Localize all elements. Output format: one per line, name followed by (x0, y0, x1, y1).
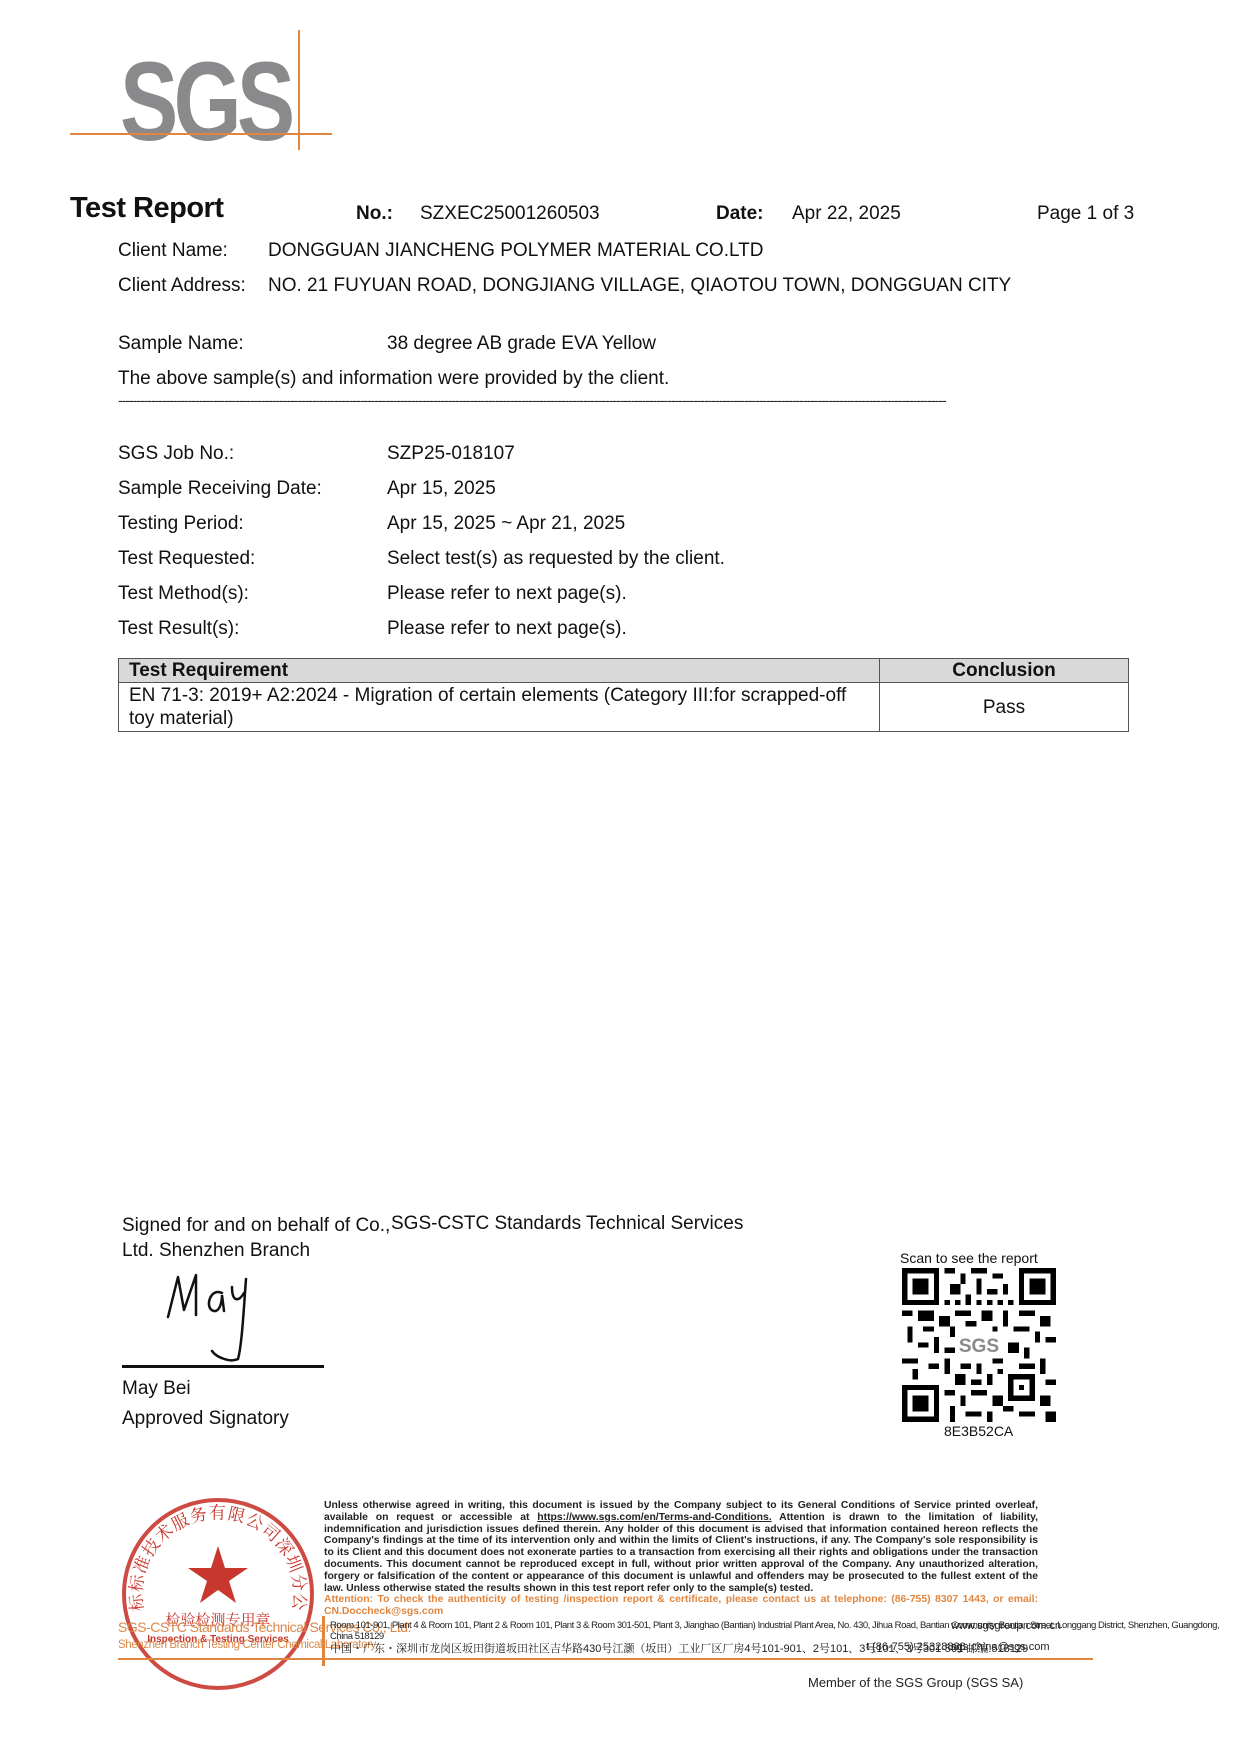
qr-code[interactable]: SGS (902, 1268, 1056, 1422)
testing-period-label: Testing Period: (118, 513, 244, 535)
terms-text-part-2: Attention is drawn to the limitation of … (324, 1512, 1038, 1594)
job-number: SZP25-018107 (387, 443, 515, 465)
sgs-logo: SGS (70, 30, 340, 150)
logo-horizontal-rule (70, 133, 332, 135)
sample-name: 38 degree AB grade EVA Yellow (387, 333, 656, 355)
report-number-label: No.: (356, 203, 393, 225)
terms-fine-print: Unless otherwise agreed in writing, this… (324, 1500, 1038, 1618)
logo-vertical-rule (298, 30, 300, 150)
header-test-requirement: Test Requirement (119, 659, 880, 683)
client-name: DONGGUAN JIANCHENG POLYMER MATERIAL CO.L… (268, 240, 763, 262)
svg-text:SGS: SGS (959, 1336, 999, 1357)
table-header-row: Test Requirement Conclusion (119, 659, 1129, 683)
client-address: NO. 21 FUYUAN ROAD, DONGJIANG VILLAGE, Q… (268, 275, 1011, 297)
authenticity-attention: Attention: To check the authenticity of … (324, 1594, 1038, 1618)
test-requirement-cell: EN 71-3: 2019+ A2:2024 - Migration of ce… (119, 683, 880, 732)
client-name-label: Client Name: (118, 240, 228, 262)
address-english: Room 101-901, Plant 4 & Room 101, Plant … (330, 1620, 1241, 1642)
report-date-label: Date: (716, 203, 764, 225)
qr-caption: Scan to see the report (900, 1250, 1038, 1266)
signed-for-text: Signed for and on behalf of Co., Ltd. Sh… (122, 1213, 392, 1263)
sample-provided-note: The above sample(s) and information were… (118, 368, 669, 390)
conclusion-cell: Pass (880, 683, 1129, 732)
header-conclusion: Conclusion (880, 659, 1129, 683)
testing-period: Apr 15, 2025 ~ Apr 21, 2025 (387, 513, 625, 535)
client-address-label: Client Address: (118, 275, 246, 297)
receiving-date: Apr 15, 2025 (387, 478, 496, 500)
qr-verification-code: 8E3B52CA (944, 1423, 1013, 1439)
page-number: Page 1 of 3 (1037, 203, 1134, 225)
test-results-label: Test Result(s): (118, 618, 239, 640)
sample-name-label: Sample Name: (118, 333, 244, 355)
official-seal-stamp: 通标标准技术服务有限公司深圳分公司 检验检测专用章 Inspection & T… (118, 1494, 318, 1694)
test-methods-label: Test Method(s): (118, 583, 249, 605)
report-number: SZXEC25001260503 (420, 203, 600, 225)
website-link[interactable]: www.sgsgroup.com.cn (951, 1620, 1061, 1632)
report-date: Apr 22, 2025 (792, 203, 901, 225)
signer-title: Approved Signatory (122, 1408, 289, 1430)
report-title: Test Report (70, 192, 223, 225)
signer-name: May Bei (122, 1378, 191, 1400)
test-requested-label: Test Requested: (118, 548, 255, 570)
handwritten-signature (160, 1265, 290, 1365)
sgs-group-membership: Member of the SGS Group (SGS SA) (808, 1675, 1023, 1690)
svg-text:通标标准技术服务有限公司深圳分公司: 通标标准技术服务有限公司深圳分公司 (118, 1494, 309, 1612)
terms-link[interactable]: https://www.sgs.com/en/Terms-and-Conditi… (537, 1512, 771, 1523)
footer-rule (118, 1658, 1093, 1660)
test-results: Please refer to next page(s). (387, 618, 627, 640)
test-requested: Select test(s) as requested by the clien… (387, 548, 725, 570)
logo-text: SGS (120, 46, 290, 158)
test-methods: Please refer to next page(s). (387, 583, 627, 605)
signing-organization: SGS-CSTC Standards Technical Services (391, 1213, 743, 1235)
results-table: Test Requirement Conclusion EN 71-3: 201… (118, 658, 1129, 732)
job-number-label: SGS Job No.: (118, 443, 234, 465)
table-row: EN 71-3: 2019+ A2:2024 - Migration of ce… (119, 683, 1129, 732)
receiving-date-label: Sample Receiving Date: (118, 478, 322, 500)
email-link[interactable]: sgs.china@sgs.com (951, 1641, 1050, 1653)
signature-line (122, 1365, 324, 1368)
dashed-separator: ----------------------------------------… (118, 394, 1104, 406)
